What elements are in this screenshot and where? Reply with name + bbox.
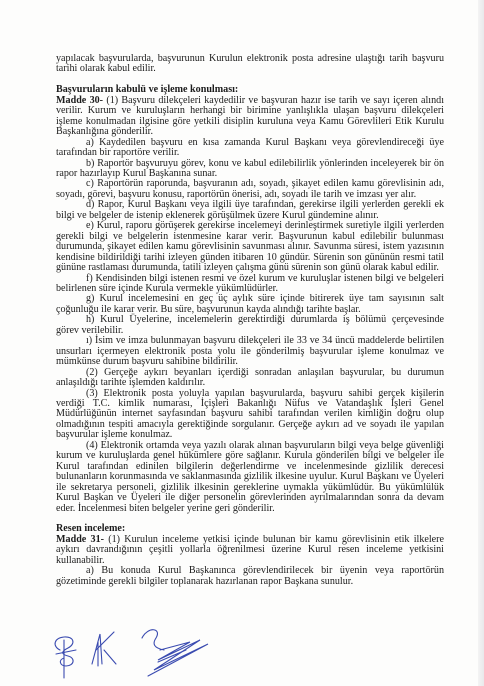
article-31-para-1: Madde 31- (1) Kurulun inceleme yetkisi i… xyxy=(56,535,444,566)
article-30-para-3: (3) Elektronik posta yoluyla yapılan baş… xyxy=(56,389,444,441)
article-30-item-c: c) Raportörün raporunda, başvuranın adı,… xyxy=(56,179,444,200)
article-30-item-b: b) Raportör başvuruyu görev, konu ve kab… xyxy=(56,159,444,180)
document-page: yapılacak başvurularda, başvurunun Kurul… xyxy=(56,54,444,587)
article-30-item-g: g) Kurul incelemesini en geç üç aylık sü… xyxy=(56,294,444,315)
article-label-31: Madde 31- xyxy=(56,534,104,545)
article-label-30: Madde 30- xyxy=(56,95,103,106)
article-30-item-a: a) Kaydedilen başvuru en kısa zamanda Ku… xyxy=(56,138,444,159)
article-30-item-h: h) Kurul Üyelerine, incelemelerin gerekt… xyxy=(56,315,444,336)
signatures xyxy=(40,620,240,680)
scan-edge xyxy=(478,0,484,686)
article-30-item-f: f) Kendisinden bilgi istenen resmi ve öz… xyxy=(56,274,444,295)
article-30-text: (1) Başvuru dilekçeleri kaydedilir ve ba… xyxy=(56,95,444,137)
article-30-para-2: (2) Gerçeğe aykırı beyanları içerdiği so… xyxy=(56,368,444,389)
article-30-item-e: e) Kurul, raporu görüşerek gerekirse inc… xyxy=(56,221,444,273)
signature-marks-icon xyxy=(40,620,240,680)
article-30-para-1: Madde 30- (1) Başvuru dilekçeleri kayded… xyxy=(56,96,444,138)
article-31-item-a: a) Bu konuda Kurul Başkanınca görevlendi… xyxy=(56,566,444,587)
article-31-text: (1) Kurulun inceleme yetkisi içinde bulu… xyxy=(56,534,444,566)
continuation-paragraph: yapılacak başvurularda, başvurunun Kurul… xyxy=(56,54,444,75)
article-30-item-i: ı) İsim ve imza bulunmayan başvuru dilek… xyxy=(56,336,444,367)
article-30-item-d: d) Rapor, Kurul Başkanı veya ilgili üye … xyxy=(56,200,444,221)
article-30-para-4: (4) Elektronik ortamda veya yazılı olara… xyxy=(56,441,444,514)
